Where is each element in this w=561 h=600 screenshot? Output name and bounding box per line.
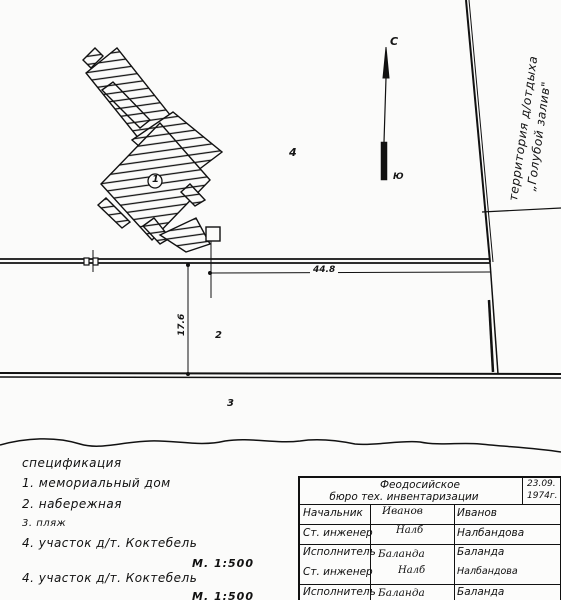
south-label: Ю xyxy=(393,172,404,182)
name-senior-engineer: Налбандова xyxy=(457,527,524,539)
spec-item-4: 4. участок д/т. Коктебель xyxy=(22,536,197,550)
signature-executor-2: Баланда xyxy=(378,587,425,599)
role-head: Начальник xyxy=(303,507,363,519)
north-label: С xyxy=(390,35,398,48)
name-head: Иванов xyxy=(457,507,497,519)
signature-senior-engineer-2: Налб xyxy=(398,565,425,576)
signature-head: Иванов xyxy=(382,505,423,517)
role-senior-engineer: Ст. инженер xyxy=(303,527,373,539)
memorial-house-building xyxy=(83,48,222,252)
role-senior-engineer-2: Ст. инженер xyxy=(303,566,373,578)
spec-item-2: 2. набережная xyxy=(22,497,122,511)
name-executor: Баланда xyxy=(457,546,504,558)
organization-line1: Феодосийское xyxy=(330,479,510,491)
spec-item-3: 3. пляж xyxy=(22,518,66,529)
signature-executor: Баланда xyxy=(378,548,425,560)
date-year: 1974г. xyxy=(527,491,558,501)
organization-line2: бюро тех. инвентаризации xyxy=(304,491,504,503)
specification-title: спецификация xyxy=(22,456,122,470)
date-day-month: 23.09. xyxy=(527,479,556,489)
name-executor-2: Баланда xyxy=(457,586,504,598)
scale-label-1: М. 1:500 xyxy=(192,557,254,570)
north-arrow-icon xyxy=(381,47,389,180)
shoreline xyxy=(0,439,561,452)
vertical-dimension: 17.6 xyxy=(177,314,187,336)
role-executor: Исполнитель xyxy=(303,546,376,558)
signature-senior-engineer: Налб xyxy=(396,525,423,536)
spec-item-4-duplicate: 4. участок д/т. Коктебель xyxy=(22,571,197,585)
embankment-lines xyxy=(0,250,561,378)
beach-number-label: 3 xyxy=(227,398,234,409)
building-number-label: 1 xyxy=(152,174,159,185)
title-block: Феодосийское бюро тех. инвентаризации 23… xyxy=(298,476,561,600)
role-executor-2: Исполнитель xyxy=(303,586,376,598)
horizontal-dimension: 44.8 xyxy=(310,265,338,275)
plot-number-label: 4 xyxy=(289,146,297,159)
dimension-lines xyxy=(187,230,212,376)
embankment-number-label: 2 xyxy=(215,330,222,341)
spec-item-1: 1. мемориальный дом xyxy=(22,476,171,490)
name-senior-engineer-2: Налбандова xyxy=(457,566,518,577)
site-plan-sheet: С Ю 1 4 2 3 44.8 17.6 территория д/отдых… xyxy=(0,0,561,600)
scale-label-2: М. 1:500 xyxy=(192,590,254,600)
